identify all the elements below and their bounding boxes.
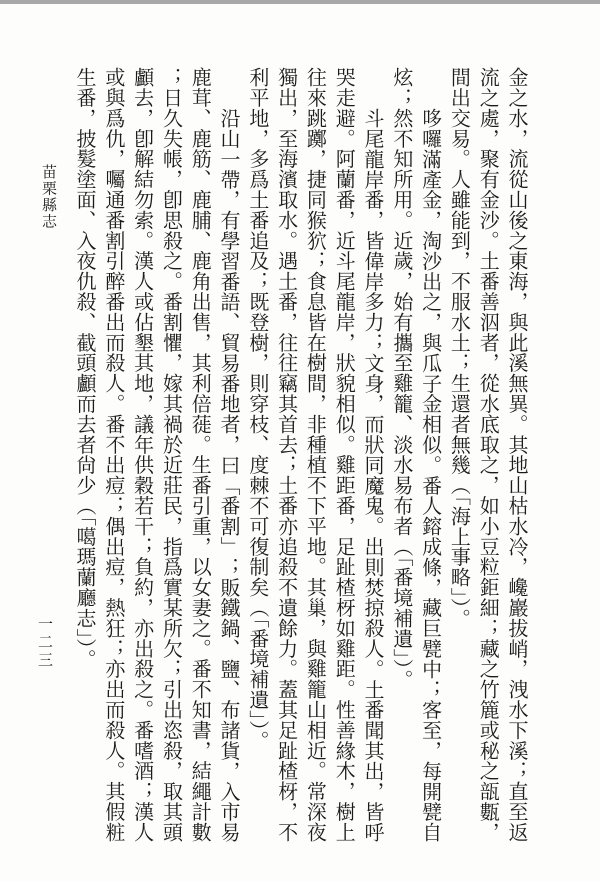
- text-column: 顱去，卽解結勿索。漢人或佔墾其地，議年供穀若干；負約，亦出殺之。番嗜酒；漢人: [127, 67, 156, 845]
- text-column: 炫；然不知所用。近歲，始有攜至雞籠、淡水易布者（「番境補遺」）。: [386, 67, 415, 845]
- text-columns: 金之水，流從山後之東海，與此溪無異。其地山枯水冷，巉巖拔峭，洩水下溪；直至返流之…: [69, 67, 530, 845]
- book-title: 苗栗縣志: [38, 164, 59, 230]
- text-column: 斗尾龍岸番，皆偉岸多力；文身，而狀同魔鬼。出則焚掠殺人。土番聞其出，皆呼: [357, 67, 386, 845]
- text-column: 哭走避。阿蘭番，近斗尾龍岸，狀貌相似。雞距番，足趾楂枒如雞距。性善緣木，樹上: [328, 67, 357, 845]
- text-column: 沿山一帶，有學習番語、貿易番地者，曰「番割」；販鐵鍋、鹽、布諸貨，入市易: [213, 67, 242, 845]
- text-column: 獨出，至海濱取水。遇土番，往往竊其首去；土番亦追殺不遺餘力。蓋其足趾楂枒，不: [271, 67, 300, 845]
- text-column: ；日久失帳，卽思殺之。番割懼，嫁其禍於近莊民，指爲實某所欠；引出恣殺，取其頭: [156, 67, 185, 845]
- text-column: 往來跳躑，捷同猴狖；食息皆在樹間，非種植不下平地。其巢，與雞籠山相近。常深夜: [300, 67, 329, 845]
- text-column: 流之處，聚有金沙。土番善泅者，從水底取之，如小豆粒鉅細；藏之竹簏或秘之瓿甊，: [472, 67, 501, 845]
- text-column: 利平地，多爲土番追及；既登樹，則穿枝、度棘不可復制矣（「番境補遺」）。: [242, 67, 271, 845]
- text-column: 或與爲仇，囑通番割引醉番出而殺人。番不出痘；偶出痘，熱狂；亦出而殺人。其假粧: [98, 67, 127, 845]
- text-column: 生番，披髮塗面、入夜仇殺、截頭顱而去者尙少（「噶瑪蘭廳志」）。: [69, 67, 98, 845]
- text-column: 金之水，流從山後之東海，與此溪無異。其地山枯水冷，巉巖拔峭，洩水下溪；直至返: [501, 67, 530, 845]
- page-number: 一二三: [34, 616, 55, 670]
- scan-edge: [0, 0, 600, 4]
- text-column: 間出交易。人雖能到，不服水土；生還者無幾（「海上事略」）。: [444, 67, 473, 845]
- text-column: 鹿茸、鹿筋、鹿脯、鹿角出售，其利倍蓰。生番引重，以女妻之。番不知書，結繩計數: [184, 67, 213, 845]
- text-column: 哆囉滿產金，淘沙出之，與瓜子金相似。番人鎔成條，藏巨甓中；客至，每開甓自: [415, 67, 444, 845]
- book-page: 苗栗縣志 金之水，流從山後之東海，與此溪無異。其地山枯水冷，巉巖拔峭，洩水下溪；…: [0, 0, 600, 881]
